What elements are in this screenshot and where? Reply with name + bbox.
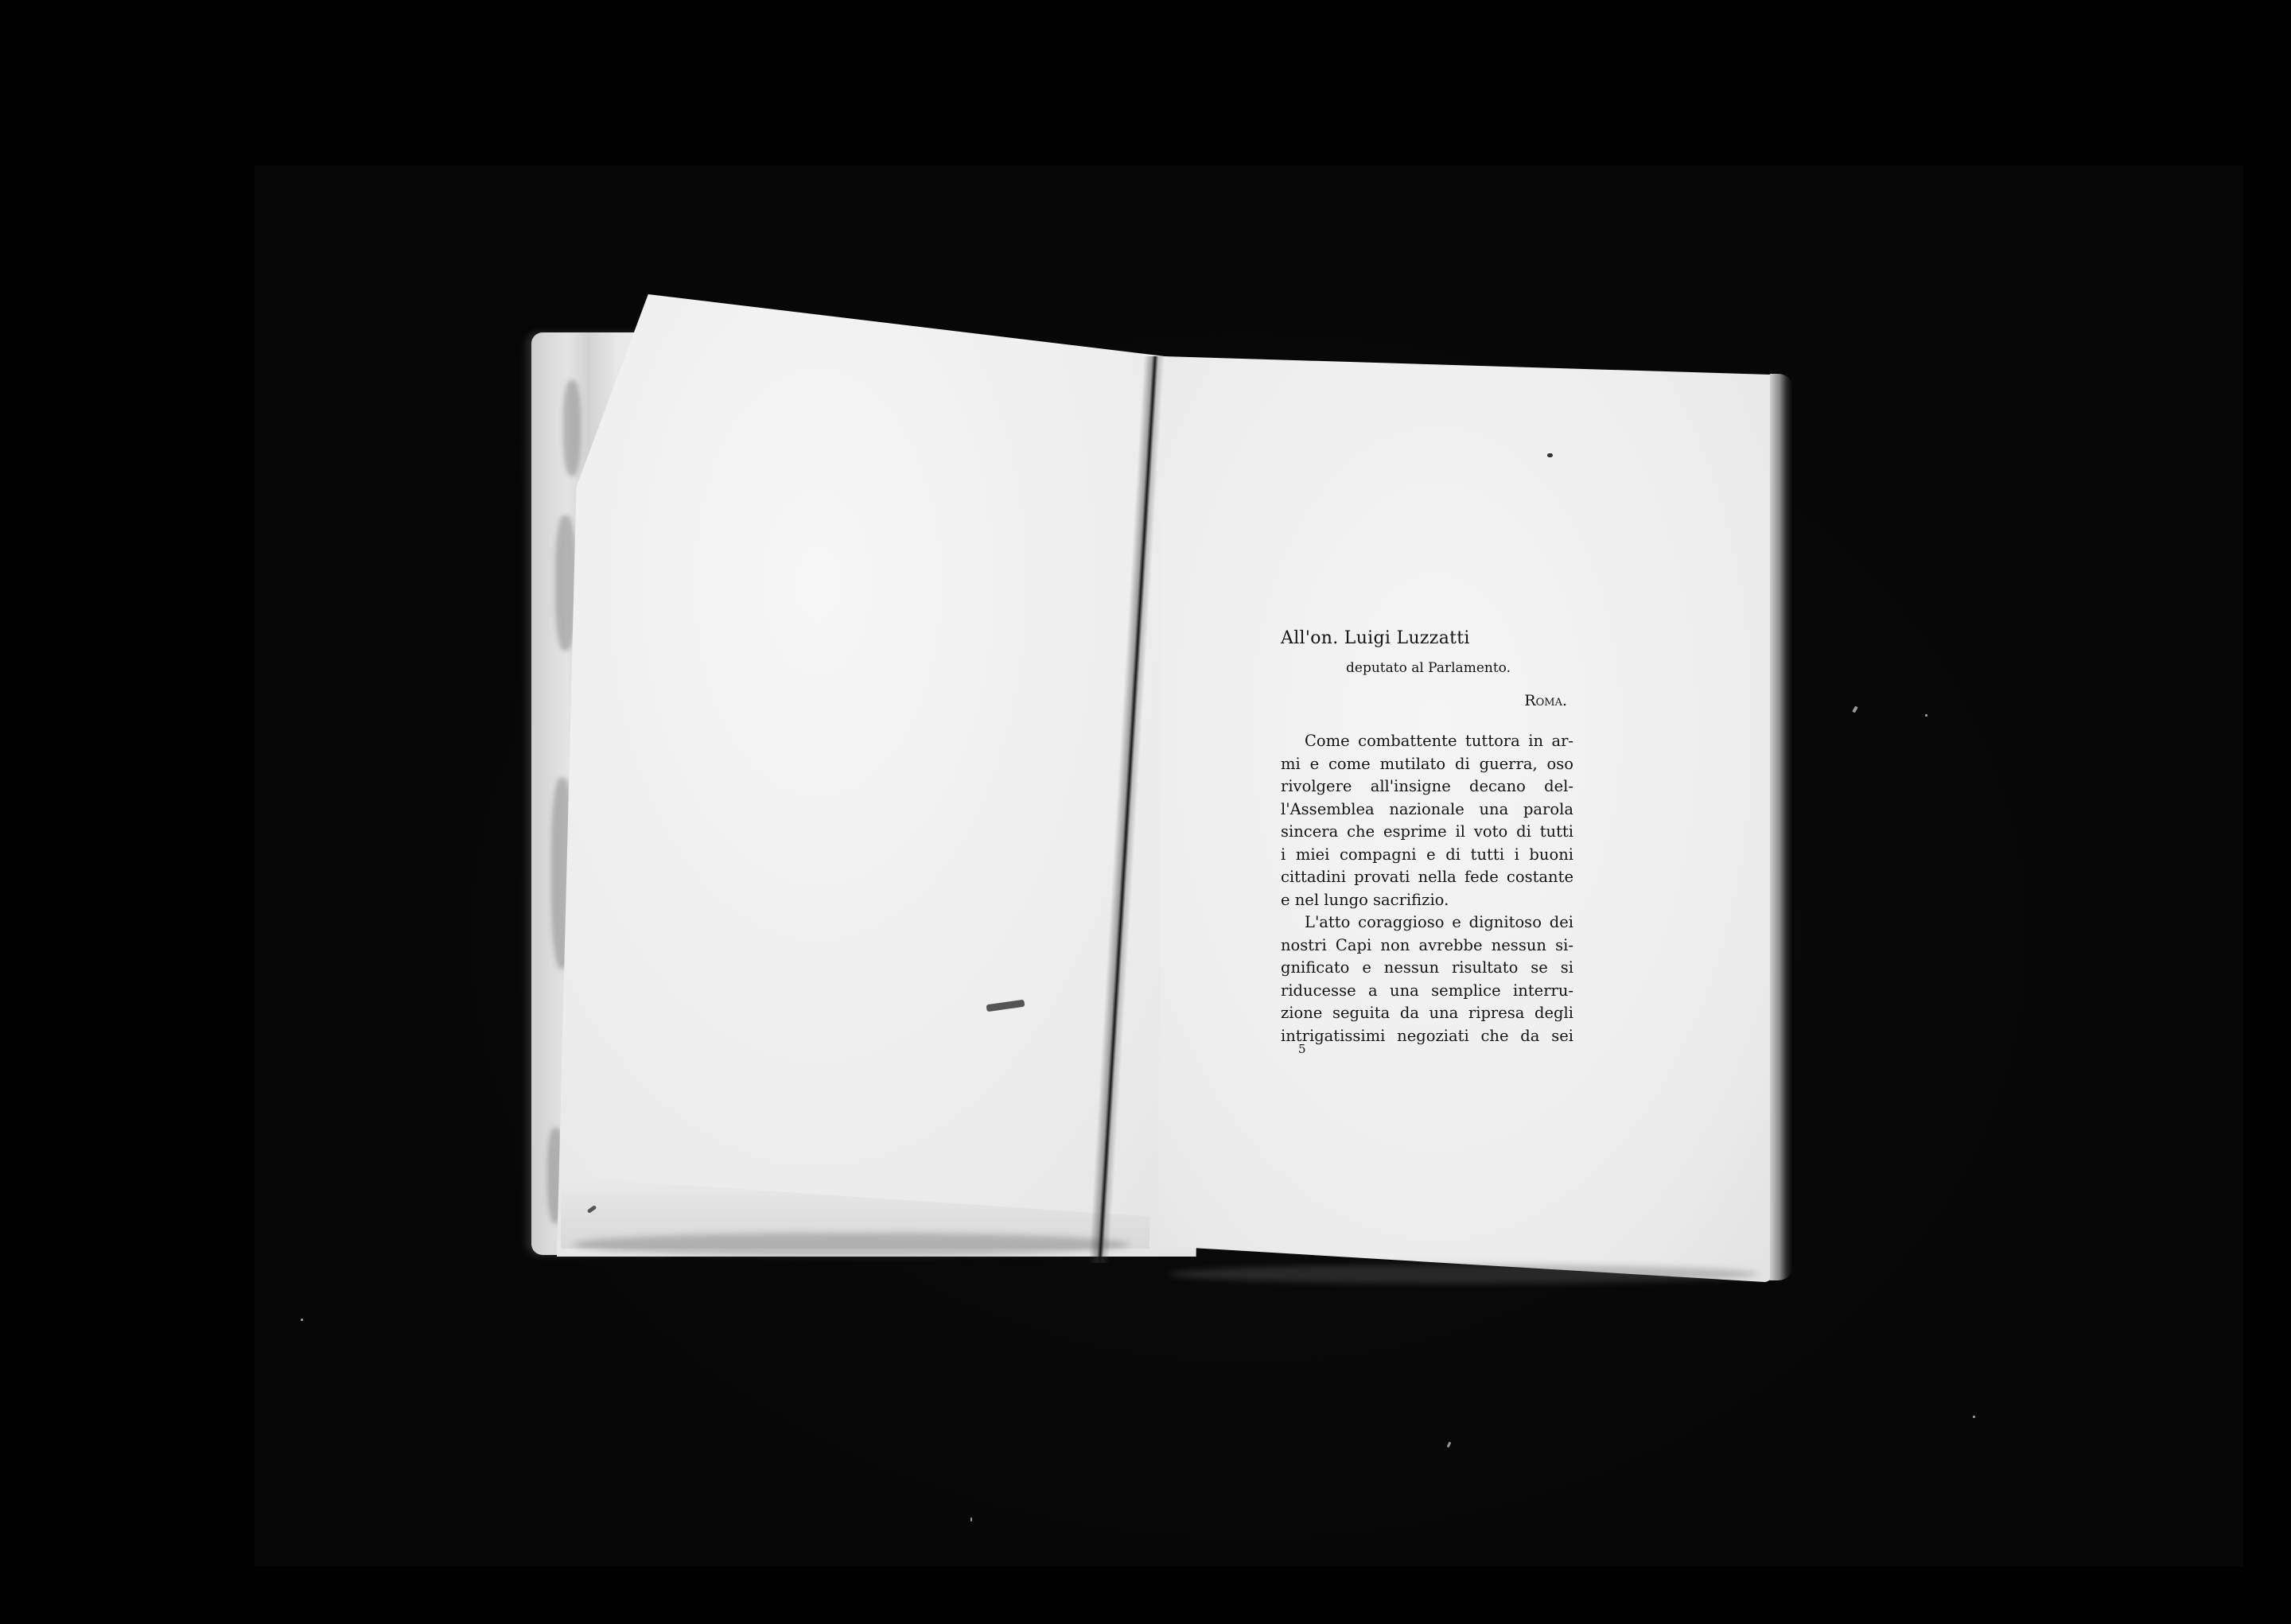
city-line: Roma. bbox=[1524, 692, 1567, 709]
paragraph-1: Come combattente tuttora in ar- mi e com… bbox=[1281, 730, 1573, 911]
text-line: rivolgere all'insigne decano del- bbox=[1281, 775, 1573, 798]
text-line: mi e come mutilato di guerra, oso bbox=[1281, 753, 1573, 776]
bottom-edge-stain bbox=[573, 1233, 1130, 1257]
text-line: Come combattente tuttora in ar- bbox=[1281, 730, 1573, 753]
text-line: L'atto coraggioso e dignitoso dei bbox=[1281, 911, 1573, 934]
ink-speck bbox=[1547, 453, 1553, 457]
text-line: zione seguita da una ripresa degli bbox=[1281, 1002, 1573, 1025]
page-number: 5 bbox=[1298, 1042, 1306, 1056]
text-line: nostri Capi non avrebbe nessun si- bbox=[1281, 934, 1573, 958]
text-line: i miei compagni e di tutti i buoni bbox=[1281, 844, 1573, 867]
bottom-edge-stain bbox=[1169, 1265, 1758, 1284]
addressee-line: All'on. Luigi Luzzatti bbox=[1281, 628, 1470, 648]
text-line: gnificato e nessun risultato se si bbox=[1281, 957, 1573, 980]
text-line: l'Assemblea nazionale una parola bbox=[1281, 798, 1573, 822]
right-page-edge bbox=[1770, 374, 1794, 1280]
text-line: riducesse a una semplice interru- bbox=[1281, 980, 1573, 1003]
addressee-title: deputato al Parlamento. bbox=[1346, 660, 1511, 676]
paragraph-2: L'atto coraggioso e dignitoso dei nostri… bbox=[1281, 911, 1573, 1047]
text-line: sincera che esprime il voto di tutti bbox=[1281, 821, 1573, 844]
text-line: e nel lungo sacrifizio. bbox=[1281, 889, 1573, 912]
water-stain bbox=[563, 380, 581, 476]
text-line: cittadini provati nella fede costante bbox=[1281, 866, 1573, 889]
text-line: intrigatissimi negoziati che da sei bbox=[1281, 1025, 1573, 1048]
open-book: All'on. Luigi Luzzatti deputato al Parla… bbox=[0, 0, 2291, 1624]
